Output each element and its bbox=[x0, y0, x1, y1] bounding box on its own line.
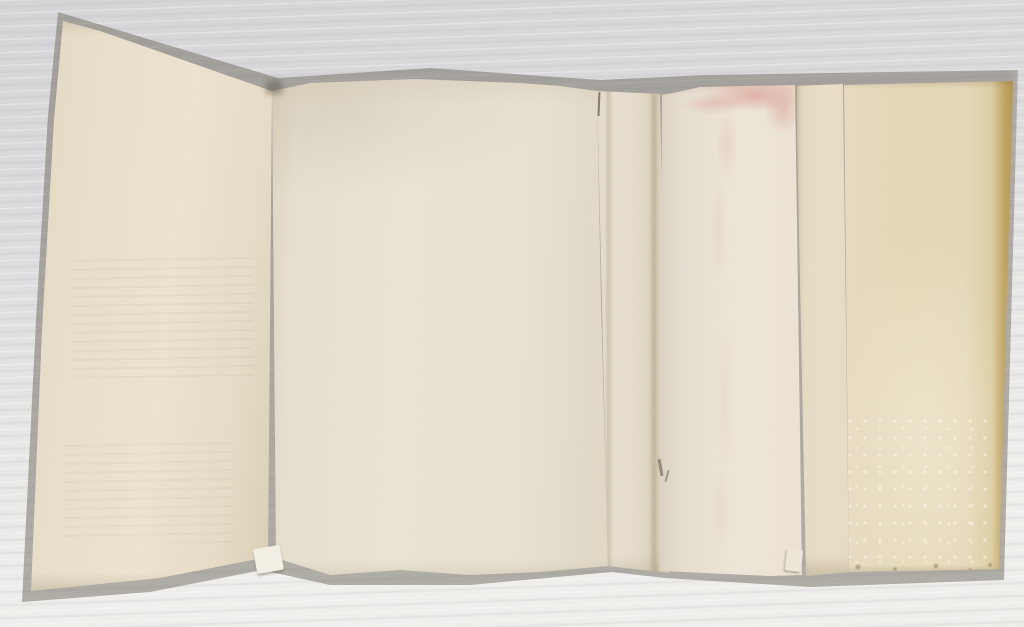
open-book-photo bbox=[0, 0, 1024, 627]
pink-offset-stains bbox=[655, 80, 807, 580]
fold-chip-left bbox=[253, 545, 284, 574]
right-flyleaf bbox=[655, 80, 807, 580]
flap-ghost-text-lower bbox=[63, 438, 233, 543]
center-blank-page bbox=[265, 75, 615, 580]
inside-front-cover bbox=[840, 76, 1016, 576]
flap-ghost-text-upper bbox=[73, 253, 253, 378]
left-jacket-flap bbox=[28, 18, 278, 596]
fold-chip-right bbox=[785, 548, 803, 572]
fold-notch-shadow bbox=[266, 80, 282, 94]
page-shading bbox=[265, 75, 615, 580]
cover-top-edge-line bbox=[840, 76, 1016, 576]
